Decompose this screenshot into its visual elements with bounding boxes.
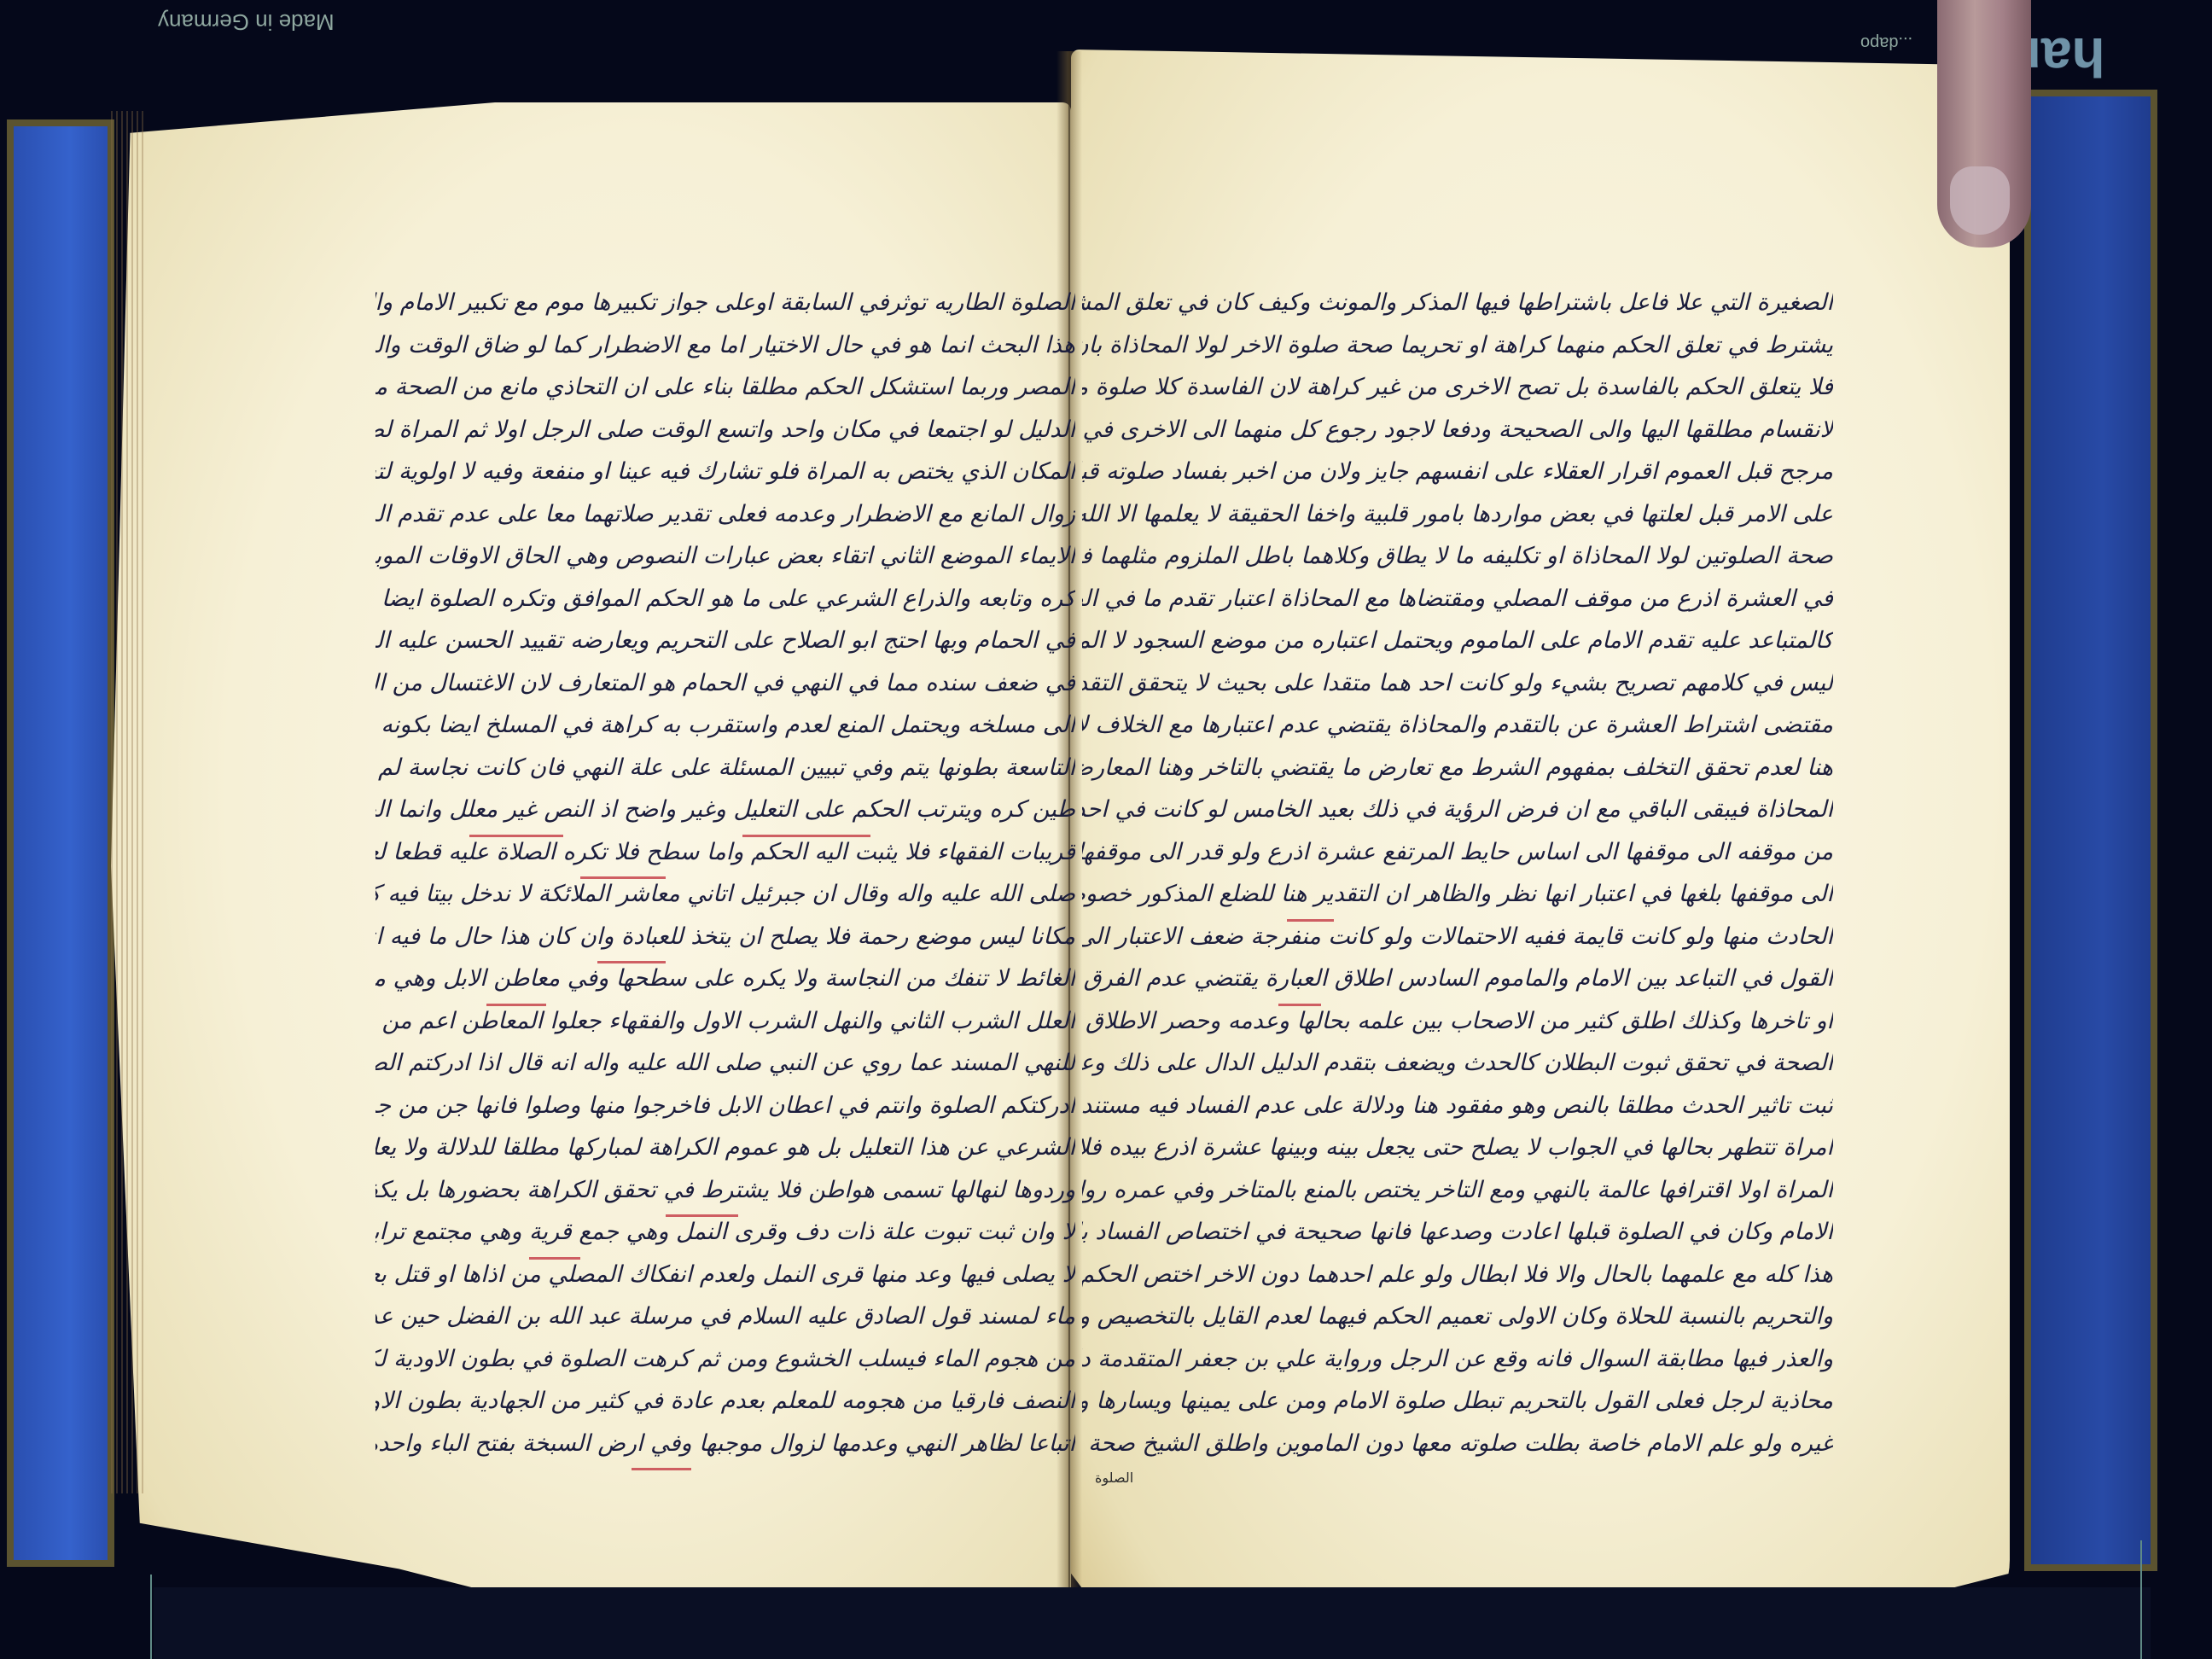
catchword: الصلوة (1095, 1470, 1133, 1486)
manuscript-line: العلل الشرب الثاني والنهل الشرب الاول وا… (375, 1000, 1075, 1043)
manuscript-line: الصغيرة التي علا فاعل باشتراطها فيها الم… (1082, 282, 1833, 324)
manuscript-line: للنهي المسند عما روي عن النبي صلى الله ع… (375, 1042, 1075, 1085)
manuscript-line: في الحمام وبها احتج ابو الصلاح على التحر… (375, 620, 1075, 662)
manuscript-line: الايماء الموضع الثاني اتقاء بعض عبارات ا… (375, 535, 1075, 578)
rubric-overline (486, 1004, 546, 1006)
manuscript-line: المراة اولا اقترافها عالمة بالنهي ومع ال… (1082, 1169, 1833, 1212)
manuscript-line: مرجح قبل العموم اقرار العقلاء على انفسهم… (1082, 451, 1833, 493)
guide-line-right (2140, 1540, 2142, 1659)
stand-imprint: Made in Germany (158, 9, 335, 35)
manuscript-line: زوال المانع مع الاضطرار وعدمه فعلى تقدير… (375, 493, 1075, 536)
manuscript-line: هذا البحث انما هو في حال الاختيار اما مع… (375, 324, 1075, 367)
manuscript-line: فلا يتعلق الحكم بالفاسدة بل تصح الاخرى م… (1082, 366, 1833, 409)
rubric-overline (597, 961, 666, 963)
manuscript-line: مقتضى اشتراط العشرة عن بالتقدم والمحاذاة… (1082, 704, 1833, 747)
manuscript-line: محاذية لرجل فعلى القول بالتحريم تبطل صلو… (1082, 1380, 1833, 1423)
manuscript-line: صحة الصلوتين لولا المحاذاة او تكليفه ما … (1082, 535, 1833, 578)
manuscript-line: القول في التباعد بين الامام والماموم الس… (1082, 958, 1833, 1000)
manuscript-line: لا وان ثبت تبوت علة ذات دف وقرى النمل وه… (375, 1211, 1075, 1254)
rubric-overline (580, 876, 666, 879)
rubric-overline (666, 1214, 738, 1217)
manuscript-line: ادركتكم الصلوة وانتم في اعطان الابل فاخر… (375, 1085, 1075, 1127)
manuscript-line: اتباعا لظاهر النهي وعدمها لزوال موجبها و… (375, 1423, 1075, 1465)
manuscript-line: الامام وكان في الصلوة قبلها اعادت وصدعها… (1082, 1211, 1833, 1254)
manuscript-line: في ضعف سنده مما في النهي في الحمام هو ال… (375, 662, 1075, 705)
manuscript-line: والعذر فيها مطابقة السوال فانه وقع عن ال… (1082, 1338, 1833, 1381)
manuscript-line: غيره ولو علم الامام خاصة بطلت صلوته معها… (1082, 1423, 1833, 1465)
manuscript-line: من هجوم الماء فيسلب الخشوع ومن ثم كرهت ا… (375, 1338, 1075, 1381)
manuscript-line: او تاخرها وكذلك اطلق كثير من الاصحاب بين… (1082, 1000, 1833, 1043)
manuscript-line: يشترط في تعلق الحكم منهما كراهة او تحريم… (1082, 324, 1833, 367)
manuscript-line: الشرعي عن هذا التعليل بل هو عموم الكراهة… (375, 1126, 1075, 1169)
cover-board-right (2024, 90, 2157, 1571)
manuscript-line: قريبات الفقهاء فلا يثبت اليه الحكم واما … (375, 831, 1075, 874)
manuscript-line: ثبت تاثير الحدث مطلقا بالنص وهو مفقود هن… (1082, 1085, 1833, 1127)
manuscript-line: كره وتابعه والذراع الشرعي على ما هو الحك… (375, 578, 1075, 620)
manuscript-line: الغائط لا تنفك من النجاسة ولا يكره على س… (375, 958, 1075, 1000)
manuscript-line: كالمتباعد عليه تقدم الامام على الماموم و… (1082, 620, 1833, 662)
manuscript-line: الصلوة الطاريه توثرفي السابقة اوعلى جواز… (375, 282, 1075, 324)
left-page-text: الصلوة الطاريه توثرفي السابقة اوعلى جواز… (375, 282, 1075, 1464)
rubric-overline (1278, 1004, 1321, 1006)
manuscript-line: هذا كله مع علمهما بالحال والا فلا ابطال … (1082, 1254, 1833, 1296)
manuscript-line: لانقسام مطلقها اليها والى الصحيحة ودفعا … (1082, 409, 1833, 451)
manuscript-line: المكان الذي يختص به المراة فلو تشارك فيه… (375, 451, 1075, 493)
manuscript-line: طين كره ويترتب الحكم على التعليل وغير وا… (375, 789, 1075, 831)
manuscript-line: التاسعة بطونها يتم وفي تبيين المسئلة على… (375, 747, 1075, 789)
table-surface (154, 1587, 2151, 1659)
rubric-overline (632, 1468, 691, 1470)
manuscript-line: الى موقفها بلغها في اعتبار انها نظر والظ… (1082, 873, 1833, 916)
manuscript-line: ماء لمسند قول الصادق عليه السلام في مرسل… (375, 1295, 1075, 1338)
rubric-overline (742, 835, 870, 837)
manuscript-line: لا يصلى فيها وعد منها قرى النمل ولعدم ان… (375, 1254, 1075, 1296)
manuscript-line: الحادث منها ولو كانت قايمة ففيه الاحتمال… (1082, 916, 1833, 958)
stand-brand-sub: ...dapo (1860, 32, 1912, 52)
page-edges-left (111, 111, 145, 1493)
manuscript-line: المصر وربما استشكل الحكم مطلقا بناء على … (375, 366, 1075, 409)
thumb-nail (1950, 166, 2010, 235)
manuscript-line: وردوها لنهالها تسمى هواطن فلا يشترط في ت… (375, 1169, 1075, 1212)
cover-board-left (7, 119, 114, 1567)
manuscript-line: صلى الله عليه واله وقال ان جبرئيل اتاني … (375, 873, 1075, 916)
manuscript-line: هنا لعدم تحقق التخلف بمفهوم الشرط مع تعا… (1082, 747, 1833, 789)
manuscript-line: المحاذاة فيبقى الباقي مع ان فرض الرؤية ف… (1082, 789, 1833, 831)
rubric-overline (529, 1257, 580, 1260)
manuscript-line: الدليل لو اجتمعا في مكان واحد واتسع الوق… (375, 409, 1075, 451)
manuscript-line: الصحة في تحقق ثبوت البطلان كالحدث ويضعف … (1082, 1042, 1833, 1085)
manuscript-line: النصف فارقيا من هجومه للمعلم بعدم عادة ف… (375, 1380, 1075, 1423)
right-page-text: الصغيرة التي علا فاعل باشتراطها فيها الم… (1082, 282, 1833, 1464)
manuscript-line: من موقفه الى موقفها الى اساس حايط المرتف… (1082, 831, 1833, 874)
manuscript-line: في العشرة اذرع من موقف المصلي ومقتضاها م… (1082, 578, 1833, 620)
manuscript-line: امراة تتطهر بحالها في الجواب لا يصلح حتى… (1082, 1126, 1833, 1169)
manuscript-line: والتحريم بالنسبة للحلاة وكان الاولى تعمي… (1082, 1295, 1833, 1338)
manuscript-line: مكانا ليس موضع رحمة فلا يصلح ان يتخذ للع… (375, 916, 1075, 958)
manuscript-line: على الامر قبل لعلتها في بعض مواردها بامو… (1082, 493, 1833, 536)
rubric-overline (1287, 919, 1334, 922)
rubric-overline (469, 835, 563, 837)
guide-line-left (150, 1575, 152, 1659)
manuscript-line: ليس في كلامهم تصريح بشيء ولو كانت احد هم… (1082, 662, 1833, 705)
manuscript-line: الى مسلخه ويحتمل المنع لعدم واستقرب به ك… (375, 704, 1075, 747)
